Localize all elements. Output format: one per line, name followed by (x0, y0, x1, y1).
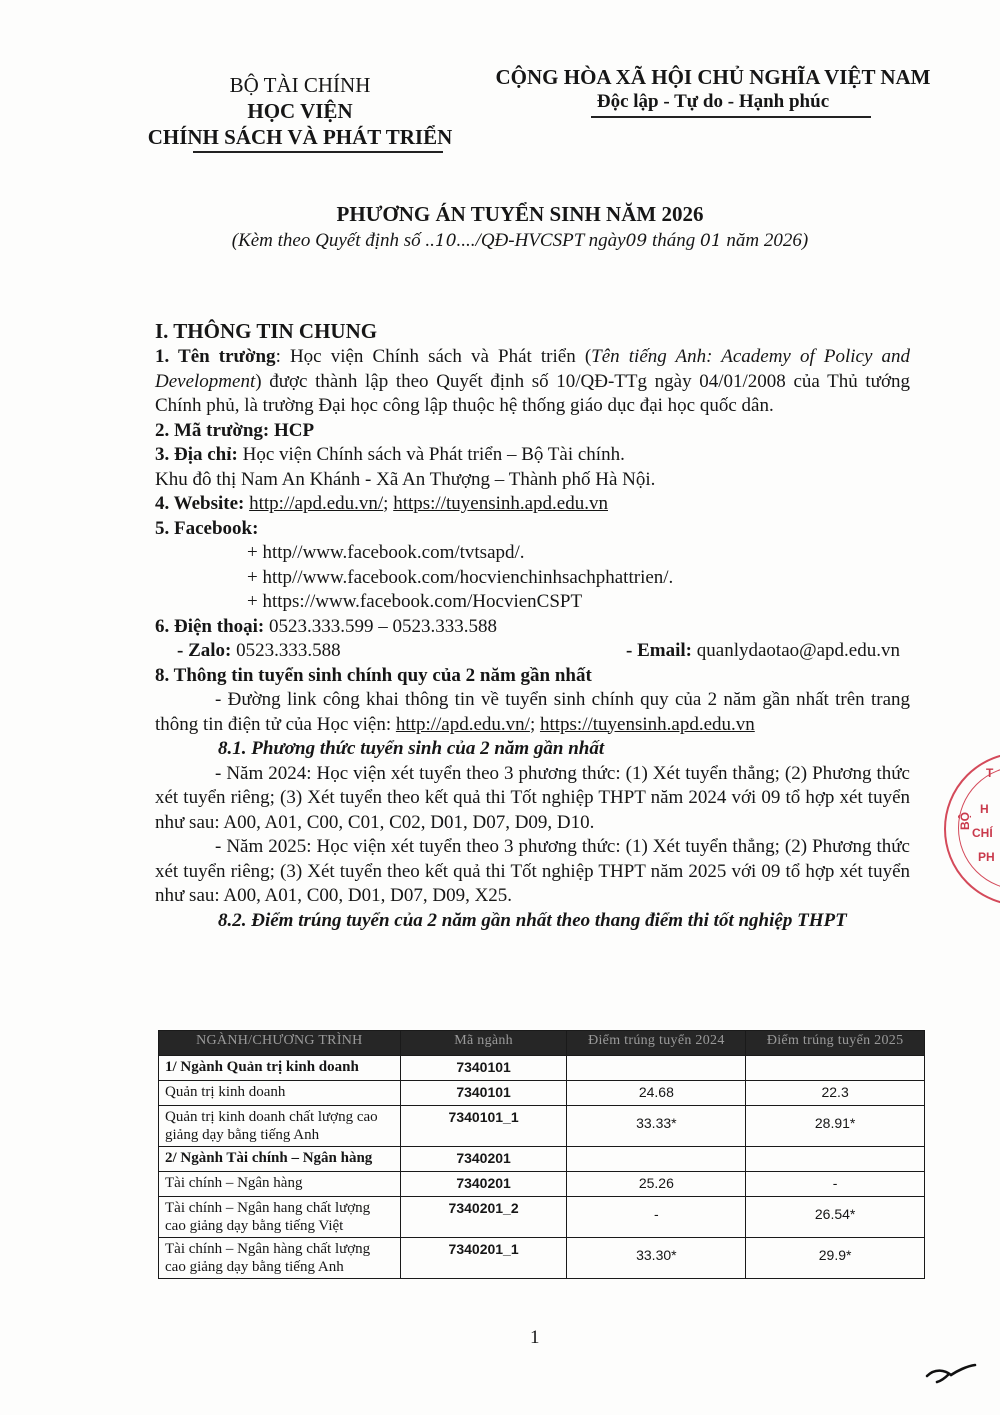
stamp-text-line1: H (980, 802, 989, 816)
institution-name-line1: HỌC VIỆN (130, 98, 470, 124)
decision-year: năm 2026) (722, 230, 809, 251)
facebook-link-hocvien[interactable]: + http//www.facebook.com/hocvienchinhsac… (155, 566, 910, 591)
zalo-email-line: - Zalo: 0523.333.588 - Email: quanlydaot… (155, 639, 910, 664)
handwritten-day: 09 (626, 231, 648, 251)
website-link-admissions[interactable]: https://tuyensinh.apd.edu.vn (393, 493, 608, 514)
admission-score-table: NGÀNH/CHƯƠNG TRÌNH Mã ngành Điểm trúng t… (158, 1030, 925, 1279)
initial-signature-icon (925, 1362, 977, 1384)
stamp-text-line2: CHÍ (972, 826, 993, 840)
document-body: I. THÔNG TIN CHUNG 1. Tên trường: Học vi… (155, 318, 910, 933)
national-motto: Độc lập - Tự do - Hạnh phúc (478, 90, 948, 114)
table-row: Quản trị kinh doanh chất lượng cao giảng… (159, 1106, 925, 1147)
school-code: 2. Mã trường: HCP (155, 419, 910, 444)
table-row: Tài chính – Ngân hàng chất lượng cao giả… (159, 1238, 925, 1279)
score-2024-cell: - (567, 1197, 746, 1238)
school-founding-text: ) được thành lập theo Quyết định số 10/Q… (155, 371, 910, 417)
score-2024-cell (567, 1147, 746, 1172)
table-header-row: NGÀNH/CHƯƠNG TRÌNH Mã ngành Điểm trúng t… (159, 1031, 925, 1056)
column-header-score-2024: Điểm trúng tuyển 2024 (567, 1031, 746, 1056)
score-2024-cell: 33.33* (567, 1106, 746, 1147)
score-2025-cell (746, 1147, 925, 1172)
phone-label: 6. Điện thoại: (155, 616, 264, 637)
table-row: Tài chính – Ngân hang chất lượng cao giả… (159, 1197, 925, 1238)
admission-link-text: - Đường link công khai thông tin về tuyể… (155, 689, 910, 735)
table-body: 1/ Ngành Quản trị kinh doanh7340101Quản … (159, 1056, 925, 1279)
admission-link-tuyensinh[interactable]: https://tuyensinh.apd.edu.vn (540, 714, 755, 735)
issuing-agency-block: BỘ TÀI CHÍNH HỌC VIỆN CHÍNH SÁCH VÀ PHÁT… (130, 72, 470, 153)
zalo-value: 0523.333.588 (231, 640, 340, 661)
facebook-link-tvtsapd[interactable]: + http//www.facebook.com/tvtsapd/. (155, 541, 910, 566)
address-line1: 3. Địa chỉ: Học viện Chính sách và Phát … (155, 443, 910, 468)
ministry-name: BỘ TÀI CHÍNH (130, 72, 470, 98)
program-code-cell: 7340101_1 (400, 1106, 567, 1147)
institution-name-line2: CHÍNH SÁCH VÀ PHÁT TRIỂN (130, 124, 470, 150)
score-2024-cell: 25.26 (567, 1172, 746, 1197)
document-title-block: PHƯƠNG ÁN TUYỂN SINH NĂM 2026 (Kèm theo … (180, 200, 860, 254)
website-link-main[interactable]: http://apd.edu.vn/ (249, 493, 383, 514)
email-label: - Email: (626, 640, 692, 661)
admission-links-paragraph: - Đường link công khai thông tin về tuyể… (155, 688, 910, 737)
table-row: Quản trị kinh doanh734010124.6822.3 (159, 1081, 925, 1106)
page-number: 1 (530, 1327, 540, 1349)
table-row: Tài chính – Ngân hàng734020125.26- (159, 1172, 925, 1197)
program-code-cell: 7340201 (400, 1172, 567, 1197)
program-name-cell: Quản trị kinh doanh (159, 1081, 401, 1106)
handwritten-decision-number: 10 (435, 231, 457, 251)
school-name-paragraph: 1. Tên trường: Học viện Chính sách và Ph… (155, 345, 910, 419)
address-line2: Khu đô thị Nam An Khánh - Xã An Thượng –… (155, 468, 910, 493)
score-2025-cell: 22.3 (746, 1081, 925, 1106)
email-value[interactable]: quanlydaotao@apd.edu.vn (692, 640, 900, 661)
program-name-cell: 2/ Ngành Tài chính – Ngân hàng (159, 1147, 401, 1172)
nation-name: CỘNG HÒA XÃ HỘI CHỦ NGHĨA VIỆT NAM (478, 64, 948, 90)
program-name-cell: Tài chính – Ngân hàng chất lượng cao giả… (159, 1238, 401, 1279)
admission-link-main[interactable]: http://apd.edu.vn/ (396, 714, 530, 735)
score-2025-cell: 26.54* (746, 1197, 925, 1238)
stamp-text-top: T (986, 766, 993, 780)
national-heading-block: CỘNG HÒA XÃ HỘI CHỦ NGHĨA VIỆT NAM Độc l… (478, 64, 948, 118)
score-2025-cell: - (746, 1172, 925, 1197)
score-2024-cell: 24.68 (567, 1081, 746, 1106)
score-2025-cell: 29.9* (746, 1238, 925, 1279)
program-code-cell: 7340201_2 (400, 1197, 567, 1238)
website-label: 4. Website: (155, 493, 244, 514)
phone-value: 0523.333.599 – 0523.333.588 (264, 616, 497, 637)
header-divider (193, 151, 443, 153)
section-heading-general-info: I. THÔNG TIN CHUNG (155, 318, 910, 345)
decision-reference: (Kèm theo Quyết định số ..10..../QĐ-HVCS… (180, 228, 860, 254)
facebook-link-hocviencspt[interactable]: + https://www.facebook.com/HocvienCSPT (155, 590, 910, 615)
zalo-label: - Zalo: (177, 640, 231, 661)
admission-info-heading: 8. Thông tin tuyển sinh chính quy của 2 … (155, 664, 910, 689)
address-value: Học viện Chính sách và Phát triển – Bộ T… (238, 444, 625, 465)
stamp-text-line3: PH (978, 850, 995, 864)
stamp-text-side: BỘ (958, 812, 972, 830)
school-name-label: 1. Tên trường (155, 346, 276, 367)
score-2025-cell (746, 1056, 925, 1081)
official-red-stamp: T BỘ H CHÍ PH (944, 752, 1000, 906)
program-code-cell: 7340101 (400, 1056, 567, 1081)
decision-mid: ..../QĐ-HVCSPT ngày (457, 230, 626, 251)
score-2024-cell (567, 1056, 746, 1081)
decision-month-label: tháng (647, 230, 700, 251)
program-code-cell: 7340101 (400, 1081, 567, 1106)
school-name-text: : Học viện Chính sách và Phát triển ( (276, 346, 592, 367)
phone-line: 6. Điện thoại: 0523.333.599 – 0523.333.5… (155, 615, 910, 640)
website-line: 4. Website: http://apd.edu.vn/; https://… (155, 492, 910, 517)
handwritten-month: 01 (700, 231, 722, 251)
program-code-cell: 7340201 (400, 1147, 567, 1172)
program-name-cell: 1/ Ngành Quản trị kinh doanh (159, 1056, 401, 1081)
program-name-cell: Tài chính – Ngân hang chất lượng cao giả… (159, 1197, 401, 1238)
document-title: PHƯƠNG ÁN TUYỂN SINH NĂM 2026 (180, 200, 860, 228)
score-2025-cell: 28.91* (746, 1106, 925, 1147)
program-code-cell: 7340201_1 (400, 1238, 567, 1279)
zalo-contact: - Zalo: 0523.333.588 (177, 639, 341, 664)
email-contact: - Email: quanlydaotao@apd.edu.vn (626, 639, 910, 664)
score-2024-cell: 33.30* (567, 1238, 746, 1279)
column-header-code: Mã ngành (400, 1031, 567, 1056)
table-row: 2/ Ngành Tài chính – Ngân hàng7340201 (159, 1147, 925, 1172)
column-header-program: NGÀNH/CHƯƠNG TRÌNH (159, 1031, 401, 1056)
column-header-score-2025: Điểm trúng tuyển 2025 (746, 1031, 925, 1056)
methods-subheading: 8.1. Phương thức tuyển sinh của 2 năm gầ… (155, 737, 910, 762)
motto-divider (591, 116, 871, 118)
table-row: 1/ Ngành Quản trị kinh doanh7340101 (159, 1056, 925, 1081)
methods-2024-paragraph: - Năm 2024: Học viện xét tuyển theo 3 ph… (155, 762, 910, 836)
decision-prefix: (Kèm theo Quyết định số .. (232, 230, 435, 251)
facebook-label: 5. Facebook: (155, 517, 910, 542)
program-name-cell: Quản trị kinh doanh chất lượng cao giảng… (159, 1106, 401, 1147)
scores-subheading: 8.2. Điểm trúng tuyển của 2 năm gần nhất… (155, 909, 910, 934)
address-label: 3. Địa chỉ: (155, 444, 238, 465)
methods-2025-paragraph: - Năm 2025: Học viện xét tuyển theo 3 ph… (155, 835, 910, 909)
program-name-cell: Tài chính – Ngân hàng (159, 1172, 401, 1197)
